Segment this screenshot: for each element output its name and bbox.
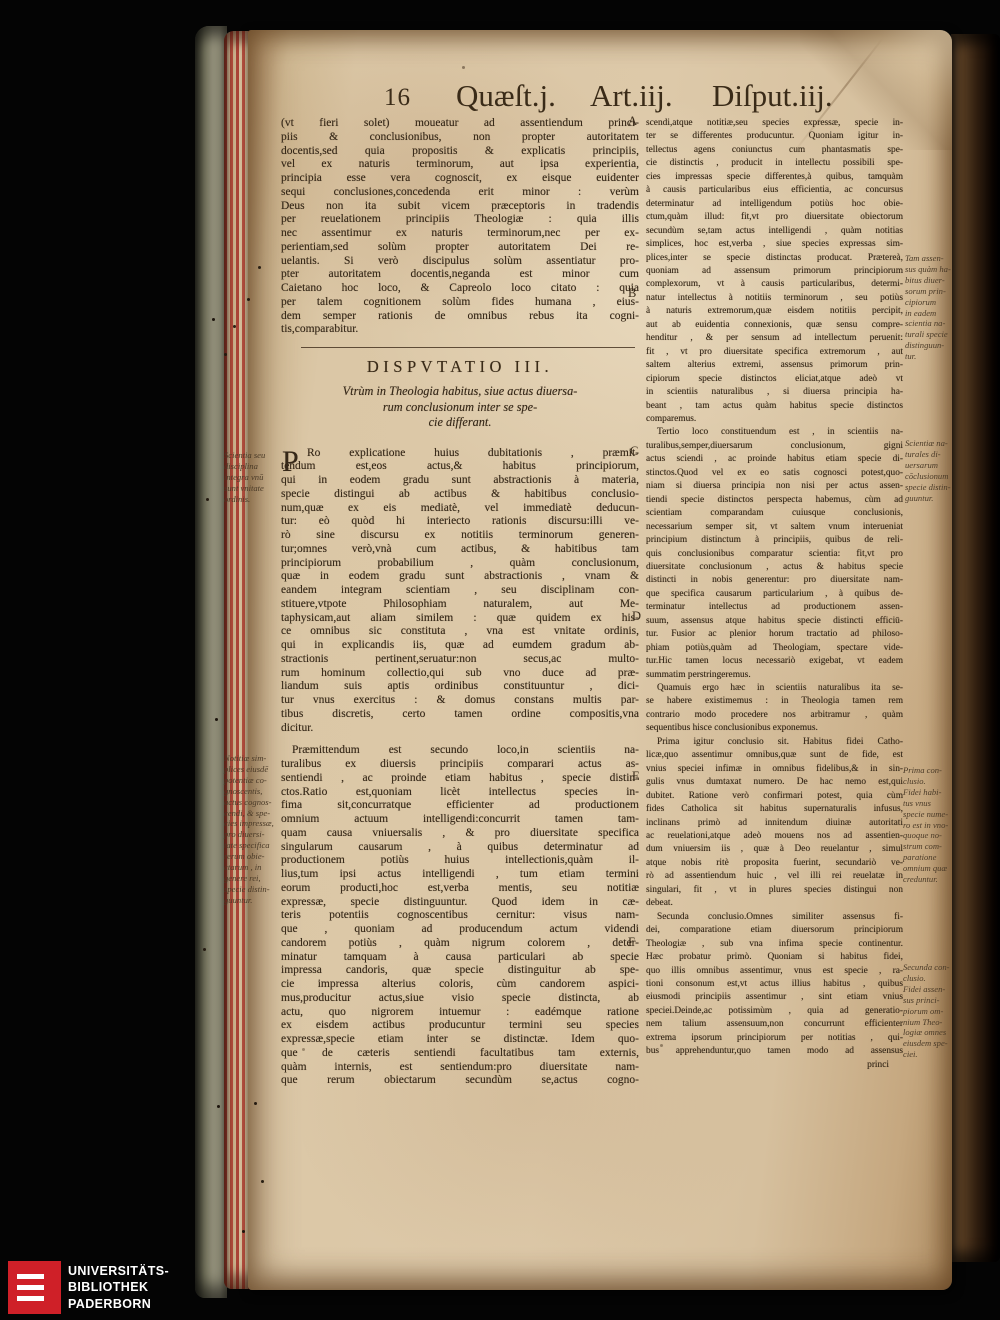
text-line: suum, assensus atque habitus specie dist…	[646, 615, 903, 628]
text-line: per reuelationem principiis Theologiæ : …	[281, 213, 639, 227]
text-line: fit , vt pro diuersitate specifica extre…	[646, 346, 903, 359]
text-line: stituere,vtpote Philosophiam naturalem, …	[281, 598, 639, 612]
text-line: specie nume-	[903, 809, 965, 820]
text-line: Tam assen-	[905, 253, 965, 264]
text-line: que de cæteris sentiendi facultatibus ta…	[281, 1047, 639, 1061]
text-line: strum com-	[903, 841, 965, 852]
text-line: expressæ,specie etiam inter se distinctæ…	[281, 1033, 639, 1047]
text-line: lius,tum ipsi actus intelligendi , tum e…	[281, 868, 639, 882]
text-line: rerum obie-	[224, 851, 282, 862]
text-line: teris potentiis cognoscentibus cernitur:…	[281, 909, 639, 923]
text-line: liandum suis aptis ordinibus constituunt…	[281, 680, 639, 694]
text-line: gulis vnus dumtaxat numero. De hac nemo …	[646, 776, 903, 789]
text-line: ce omnibus sic constituta , vna est vnit…	[281, 625, 639, 639]
text-line: quam causa vniuersalis , & pro diuersita…	[281, 827, 639, 841]
text-line: niam si diuersa principia non nisi per a…	[646, 480, 903, 493]
text-line: complexorum, vt à causis particularibus,…	[646, 278, 903, 291]
text-line: dubitet. Ratione verò confirmari potest,…	[646, 790, 903, 803]
text-line: principium distinctum à principiis, quib…	[646, 534, 903, 547]
text-line: integra vnū	[224, 472, 280, 483]
text-line: speciei.Deinde,ac potissimùm , quia ad g…	[646, 1005, 903, 1018]
text-line: atque nobis ritè proposita fuerint, secu…	[646, 857, 903, 870]
text-line: docentis,sed quia propositis & explicati…	[281, 145, 639, 159]
text-line: bus apprehenduntur,quo tamen modo ad ass…	[646, 1045, 903, 1058]
text-line: tis,comparabitur.	[281, 323, 639, 337]
paragraph-five: Secunda conclusio.Omnes similiter assens…	[646, 911, 903, 1059]
text-line: ciei.	[903, 1049, 965, 1060]
text-line: ctarum , in	[224, 862, 282, 873]
text-line: qui in eodem gradu sunt abstractionis à …	[281, 474, 639, 488]
drop-cap-letter: P	[282, 448, 299, 475]
text-line: se habere existimemus : in Theologia tam…	[646, 695, 903, 708]
text-line: simplices, hoc est,verba , siue species …	[646, 238, 903, 251]
section-subtitle: Vtrùm in Theologia habitus, siue actus d…	[281, 384, 639, 431]
paragraph-one: scendi,atque notitiæ,seu species express…	[646, 117, 903, 426]
text-line: ordinis.	[224, 494, 280, 505]
book-cover-edge	[195, 26, 227, 1298]
paragraph-four: Prima igitur conclusio sit. Habitus fide…	[646, 736, 903, 911]
text-line: eiusdem spe-	[903, 1038, 965, 1049]
logo-line-2: BIBLIOTHEK	[68, 1279, 169, 1296]
text-line: terminatur intellectus ad productionem a…	[646, 601, 903, 614]
text-line: Prima igitur conclusio sit. Habitus fide…	[657, 736, 903, 749]
text-line: Notitiæ sim-	[224, 753, 282, 764]
text-line: principiorum probabilium , quàm conclusi…	[281, 557, 639, 571]
text-line: minatur tamquam à causa particulari ab s…	[281, 951, 639, 965]
text-line: stinctos.Quod vel ex eo satis cognosci p…	[646, 467, 903, 480]
text-line: quoniam ad assensum primorum principioru…	[646, 265, 903, 278]
paragraph-two: Tertio loco constituendum est , in scien…	[646, 426, 903, 682]
text-line: aut ab euidentia connexionis, quæ sensu …	[646, 319, 903, 332]
text-line: dem semper rationis de omnibus rebus ita…	[281, 310, 639, 324]
text-line: in eadem	[905, 308, 965, 319]
text-line: Theologiæ , sub vna infima specie contin…	[646, 938, 903, 951]
text-line: Fidei assen-	[903, 984, 965, 995]
margin-note-right-1: Tam assen-sus quàm ha-bitus diuer-sorum …	[905, 253, 965, 362]
text-line: à naturis extremorum,quæ eisdem notitiis…	[646, 305, 903, 318]
text-line: Quamuis ergo hæc in scientiis naturalibu…	[657, 682, 903, 695]
margin-note-left-2: Notitiæ sim-plices eiusdēpotentiæ co-gno…	[224, 753, 282, 906]
text-column-right: scendi,atque notitiæ,seu species express…	[646, 117, 903, 1072]
text-line: henditur , & per sensum ad intellectum p…	[646, 332, 903, 345]
text-line: ctum,quàm illud: fit,vt pro diuersitate …	[646, 211, 903, 224]
text-line: cie differant.	[281, 415, 639, 431]
text-line: cipiorum	[905, 297, 965, 308]
text-line: Caietano hoc loco, & Capreolo loco citat…	[281, 282, 639, 296]
text-line: tendum est,eos actus,& habitus principio…	[281, 460, 639, 474]
text-line: extrema ipsorum principiorum per notitia…	[646, 1032, 903, 1045]
text-line: turali specie	[905, 329, 965, 340]
scanned-book-page-photo: 16 Quæſt.j. Art.iij. Diſput.iij. A B C D…	[0, 0, 1000, 1320]
text-line: eorum producti,hoc est,verba mentis, seu…	[281, 882, 639, 896]
text-line: saltem alterius extremi, assensus primor…	[646, 359, 903, 372]
text-line: plices,inter se specie distinctas produc…	[646, 252, 903, 265]
text-line: clusio.	[903, 973, 965, 984]
text-line: turalibus ex diuersis principiis compara…	[281, 758, 639, 772]
library-logo-icon	[8, 1261, 61, 1314]
text-line: distincti in nobis generentur: pro diuer…	[646, 574, 903, 587]
text-line: diuersitate conclusionum , actus & habit…	[646, 561, 903, 574]
text-line: disciplina	[224, 461, 280, 472]
text-line: specie distingui ab actibus & habitibus …	[281, 488, 639, 502]
text-line: candorem potiùs , quàm nigrum colorem , …	[281, 937, 639, 951]
text-line: secundùm se,tam actus intelligendi , quà…	[646, 225, 903, 238]
text-line: vnius speciei infimæ in omnibus fidelibu…	[646, 763, 903, 776]
text-line: Prima con-	[903, 765, 965, 776]
text-line: sorum prin-	[905, 286, 965, 297]
text-line: sunt vnitate	[224, 483, 280, 494]
text-line: potentiæ co-	[224, 775, 282, 786]
text-line: cie impressa alterius coloris, cùm cando…	[281, 978, 639, 992]
section-divider-rule	[301, 347, 635, 348]
text-line: stractionis pertinent,seruatur:non secus…	[281, 653, 639, 667]
text-line: tur;omnes verò,vnà cum actibus, & habiti…	[281, 543, 639, 557]
running-title-disputatio: Diſput.iij.	[712, 78, 833, 114]
text-line: paratione	[903, 852, 965, 863]
text-line: Præmittendum est secundo loco,in scienti…	[292, 744, 639, 758]
text-line: tus vnus	[903, 798, 965, 809]
text-line: scientia na-	[905, 318, 965, 329]
text-line: quàm internis, est sentiendum:pro diuers…	[281, 1061, 639, 1075]
text-line: taphysicam,aut aliam similem : quæ quide…	[281, 612, 639, 626]
text-line: actus sciendi , ac proinde habitus etiam…	[646, 453, 903, 466]
text-line: omnium actuum intelligendi:concurrit tam…	[281, 813, 639, 827]
text-line: quoque no-	[903, 830, 965, 841]
text-line: tellectus agens coniunctus cum phantasma…	[646, 144, 903, 157]
text-line: Ro explicatione huius dubitationis , præ…	[307, 447, 639, 461]
text-line: dum vniuersim iis , quæ à Deo reuelantur…	[646, 843, 903, 856]
text-line: Scientia seu	[224, 450, 280, 461]
text-line: nec assentimur ex naturis terminorum,nec…	[281, 227, 639, 241]
text-line: beant , tam actus quàm habitus specie di…	[646, 400, 903, 413]
text-line: ctos.Ratio est,quoniam licèt intellectus…	[281, 786, 639, 800]
library-logo-text: UNIVERSITÄTS- BIBLIOTHEK PADERBORN	[68, 1263, 169, 1313]
text-line: Secunda con-	[903, 962, 965, 973]
paragraph-three: Quamuis ergo hæc in scientiis naturalibu…	[646, 682, 903, 736]
text-line: (vt fieri solet) moueatur ad assentiendu…	[281, 117, 639, 131]
text-line: fides Catholica sit habitus supernatural…	[646, 803, 903, 816]
text-line: productionem potiùs huius intellectionis…	[281, 854, 639, 868]
text-line: Hæc probatur primò. Quoniam si habitus f…	[646, 951, 903, 964]
text-line: debeat.	[646, 897, 903, 910]
text-line: licæ,quo assentimur omnibus,quæ sunt de …	[646, 749, 903, 762]
text-line: turalibus,semper,diuersarum conclusionum…	[646, 440, 903, 453]
text-line: logiæ omnes	[903, 1027, 965, 1038]
text-line: guuntur.	[224, 895, 282, 906]
text-line: piis & conclusionibus, non propter autor…	[281, 131, 639, 145]
text-line: sequi conclusiones,concedenda erit minor…	[281, 186, 639, 200]
text-line: ac reuelationi,atque adeò mouens nos ad …	[646, 830, 903, 843]
text-line: gnoscentis,	[224, 786, 282, 797]
book-stripes-icon	[17, 1274, 44, 1302]
text-line: natur intellectus à notitiis terminorum …	[646, 292, 903, 305]
text-line: Vtrùm in Theologia habitus, siue actus d…	[281, 384, 639, 400]
text-line: perientiam,sed solùm propter autoritatem…	[281, 241, 639, 255]
text-line: mus,producitur actus,siue visio specie d…	[281, 992, 639, 1006]
text-line: cie distinctis , producit in intellectu …	[646, 157, 903, 170]
text-line: num,quæ ex eis mediatè, vel immediatè de…	[281, 502, 639, 516]
text-line: eiusmodi principiis assentimur , sint et…	[646, 991, 903, 1004]
text-line: summatim perstringeremus.	[646, 669, 903, 682]
text-line: actu, quo nigrorem intuemur : eadémque r…	[281, 1006, 639, 1020]
text-line: pro diuersi-	[224, 829, 282, 840]
paragraph-continuation: (vt fieri solet) moueatur ad assentiendu…	[281, 117, 639, 337]
text-line: cies impressæ,	[224, 818, 282, 829]
text-line: quæ in eodem gradu sunt abstractionis , …	[281, 570, 639, 584]
text-line: tur.Hic tamen locus necessariò exigebat,…	[646, 655, 903, 668]
text-line: que specifica causarum particularium , à…	[646, 588, 903, 601]
text-line: tur vnus exercitus : & domus constans mu…	[281, 694, 639, 708]
text-line: turales di-	[905, 449, 965, 460]
text-line: per talem cognitionem solùm fides humana…	[281, 296, 639, 310]
text-line: fima sit,concurratque efficienter ad pro…	[281, 799, 639, 813]
text-line: scendi,atque notitiæ,seu species express…	[646, 117, 903, 130]
logo-line-1: UNIVERSITÄTS-	[68, 1263, 169, 1280]
text-line: tioni consonum est,vt actus illius habit…	[646, 978, 903, 991]
text-line: guuntur.	[905, 493, 965, 504]
text-line: qui in explicandis iis, quæ ad eumdem gr…	[281, 639, 639, 653]
text-line: plices eiusdē	[224, 764, 282, 775]
text-line: sus princi-	[903, 995, 965, 1006]
text-line: nium Theo-	[903, 1017, 965, 1028]
text-line: clusio.	[903, 776, 965, 787]
text-line: ex eisdem actibus producuntur termini se…	[281, 1019, 639, 1033]
text-line: omnium quæ	[903, 863, 965, 874]
text-line: uelantis. Si verò discipulus solùm assen…	[281, 255, 639, 269]
opposite-page-block	[951, 34, 1000, 1262]
text-line: dicitur.	[281, 722, 639, 736]
text-line: Secunda conclusio.Omnes similiter assens…	[657, 911, 903, 924]
text-line: Tertio loco constituendum est , in scien…	[657, 426, 903, 439]
catchword: princi	[646, 1059, 903, 1072]
text-line: cendi, & spe-	[224, 808, 282, 819]
text-line: piorum om-	[903, 1006, 965, 1017]
text-line: rò ad assentiendum huic , vel illi rei r…	[646, 870, 903, 883]
text-line: genere rei,	[224, 873, 282, 884]
margin-note-right-2: Scientiæ na-turales di-uersarumcōclusion…	[905, 438, 965, 503]
running-title-articulus: Art.iij.	[590, 78, 673, 114]
text-line: expressæ, specie distinguuntur. Quod ide…	[281, 896, 639, 910]
text-line: singularum causarum , à quibus determina…	[281, 841, 639, 855]
text-line: specie distin-	[905, 482, 965, 493]
text-line: uersarum	[905, 460, 965, 471]
text-line: tate specifica	[224, 840, 282, 851]
text-line: que , quoniam ad producendum actum viden…	[281, 923, 639, 937]
library-logo: UNIVERSITÄTS- BIBLIOTHEK PADERBORN	[8, 1261, 169, 1314]
text-line: tur: eò quòd hi interiecto rationis disc…	[281, 515, 639, 529]
text-line: tiendi specie distinctos perspecta habem…	[646, 494, 903, 507]
text-line: bitus diuer-	[905, 275, 965, 286]
text-line: rum conclusionum inter se spe-	[281, 400, 639, 416]
text-column-left: (vt fieri solet) moueatur ad assentiendu…	[281, 117, 639, 1088]
text-line: tibus discretis, certo tamen ordine comp…	[281, 708, 639, 722]
text-line: quo illis omnibus assentimur, vnus est s…	[646, 965, 903, 978]
text-line: distinguun-	[905, 340, 965, 351]
text-line: scientiam comparandam cuiusque conclusio…	[646, 507, 903, 520]
text-line: creduntur.	[903, 874, 965, 885]
dirt-specks	[212, 318, 215, 321]
text-line: contrario modo procedere nos arbitramur …	[646, 709, 903, 722]
margin-note-right-3: Prima con-clusio.Fidei habi-tus vnusspec…	[903, 765, 965, 885]
text-line: inclinans primò ad innitendum diuinæ aut…	[646, 817, 903, 830]
text-line: impressa candoris, quæ specie distinguit…	[281, 964, 639, 978]
text-line: pter autoritatem docentis,neganda est mi…	[281, 268, 639, 282]
text-line: ter se differentes producuntur. Quoniam …	[646, 130, 903, 143]
text-line: phiam potiùs,quàm ad Theologiam, spectar…	[646, 642, 903, 655]
text-line: dei, comparatione etiam diuersorum princ…	[646, 924, 903, 937]
text-line: Deus non ita subit vicem præceptoris in …	[281, 200, 639, 214]
text-line: cōclusionum	[905, 471, 965, 482]
running-title-quaestio: Quæſt.j.	[456, 78, 556, 114]
paragraph-dropcap: P Ro explicatione huius dubitationis , p…	[281, 447, 639, 736]
text-line: nem talium assensuum,non concurrunt effi…	[646, 1018, 903, 1031]
text-line: eandem integram scientiam , seu discipli…	[281, 584, 639, 598]
text-line: Scientiæ na-	[905, 438, 965, 449]
page-number: 16	[384, 84, 411, 112]
text-line: tur.	[905, 351, 965, 362]
text-line: specie distin-	[224, 884, 282, 895]
text-line: quis conclusionibus comparatur scientia:…	[646, 548, 903, 561]
text-line: rum hominum collectio,qui sub vno duce a…	[281, 667, 639, 681]
section-heading: DISPVTATIO III.	[281, 357, 639, 377]
text-line: determinatur ad intelligendum potiùs hoc…	[646, 198, 903, 211]
paragraph-second: Præmittendum est secundo loco,in scienti…	[281, 744, 639, 1088]
text-line: principia esse vera cognoscit, ex eisque…	[281, 172, 639, 186]
text-line: singulari, fit , vt in plures species di…	[646, 884, 903, 897]
text-line: vel ex naturis terminorum, aut ipsa expe…	[281, 158, 639, 172]
text-line: sentiendi , ac proinde etiam habitus , s…	[281, 772, 639, 786]
text-line: tur. Fusior ac plenior horum tractatio a…	[646, 628, 903, 641]
text-line: actus cognos-	[224, 797, 282, 808]
margin-note-left-1: Scientia seudisciplinaintegra vnūsunt vn…	[224, 450, 280, 505]
text-line: à causis particularibus eius efficientia…	[646, 184, 903, 197]
text-line: comparemus.	[646, 413, 903, 426]
text-line: cipiorum specie distinctos eliciat,atque…	[646, 373, 903, 386]
text-line: ro est in vno-	[903, 820, 965, 831]
text-line: que rerum obiectarum secundùm se,actus c…	[281, 1074, 639, 1088]
text-line: rò sine discursu ex notitiis terminorum …	[281, 529, 639, 543]
logo-line-3: PADERBORN	[68, 1296, 169, 1313]
text-line: Fidei habi-	[903, 787, 965, 798]
margin-note-right-4: Secunda con-clusio.Fidei assen-sus princ…	[903, 962, 965, 1060]
text-line: cies impressas specie differentes,à quib…	[646, 171, 903, 184]
text-line: in scientiis naturalibus , si diuersa pr…	[646, 386, 903, 399]
text-line: sequentibus hisce conclusionibus exponem…	[646, 722, 903, 735]
text-line: sus quàm ha-	[905, 264, 965, 275]
text-line: necessarium semper sit, vt saltem vnum i…	[646, 521, 903, 534]
